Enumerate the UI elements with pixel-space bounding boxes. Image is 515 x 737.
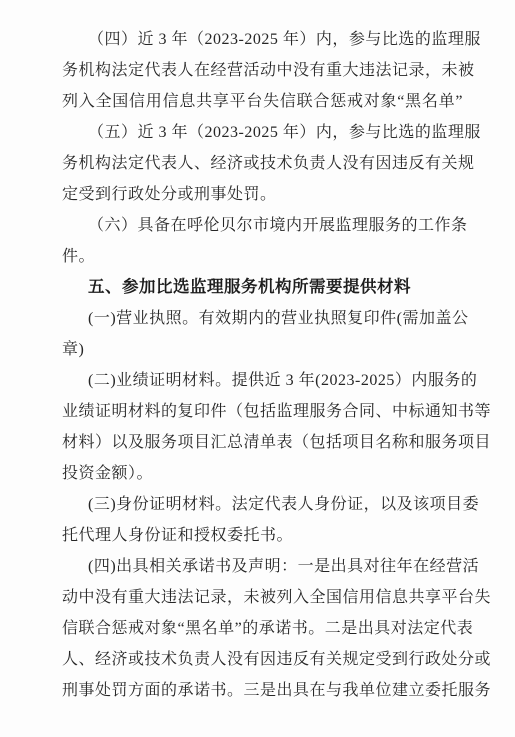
text-line: (二)业绩证明材料。提供近 3 年(2023-2025）内服务的 bbox=[62, 365, 463, 396]
text-line: 件。 bbox=[62, 241, 463, 272]
text-line: （五）近 3 年（2023-2025 年）内，参与比选的监理服 bbox=[62, 117, 463, 148]
text-line: (四)出具相关承诺书及声明：一是出具对往年在经营活 bbox=[62, 551, 463, 582]
text-line: 投资金额）。 bbox=[62, 458, 463, 489]
text-line: （四）近 3 年（2023-2025 年）内，参与比选的监理服 bbox=[62, 24, 463, 55]
text-line: 动中没有重大违法记录，未被列入全国信用信息共享平台失 bbox=[62, 582, 463, 613]
text-line: 务机构法定代表人在经营活动中没有重大违法记录，未被 bbox=[62, 55, 463, 86]
paragraph-clause-4: （四）近 3 年（2023-2025 年）内，参与比选的监理服 务机构法定代表人… bbox=[62, 24, 463, 117]
text-line: 托代理人身份证和授权委托书。 bbox=[62, 520, 463, 551]
text-line: (一)营业执照。有效期内的营业执照复印件(需加盖公 bbox=[62, 303, 463, 334]
text-line: 章) bbox=[62, 334, 463, 365]
paragraph-material-4: (四)出具相关承诺书及声明：一是出具对往年在经营活 动中没有重大违法记录，未被列… bbox=[62, 551, 463, 706]
document-page: （四）近 3 年（2023-2025 年）内，参与比选的监理服 务机构法定代表人… bbox=[0, 0, 515, 737]
document-text-block: （四）近 3 年（2023-2025 年）内，参与比选的监理服 务机构法定代表人… bbox=[62, 24, 463, 706]
paragraph-material-1: (一)营业执照。有效期内的营业执照复印件(需加盖公 章) bbox=[62, 303, 463, 365]
section-heading-text: 五、参加比选监理服务机构所需要提供材料 bbox=[62, 272, 463, 303]
text-line: 列入全国信用信息共享平台失信联合惩戒对象“黑名单” bbox=[62, 86, 463, 117]
paragraph-clause-6: （六）具备在呼伦贝尔市境内开展监理服务的工作条 件。 bbox=[62, 210, 463, 272]
text-line: 人、经济或技术负责人没有因违反有关规定受到行政处分或 bbox=[62, 644, 463, 675]
paragraph-material-2: (二)业绩证明材料。提供近 3 年(2023-2025）内服务的 业绩证明材料的… bbox=[62, 365, 463, 489]
text-line: 务机构法定代表人、经济或技术负责人没有因违反有关规 bbox=[62, 148, 463, 179]
text-line: 材料）以及服务项目汇总清单表（包括项目名称和服务项目 bbox=[62, 427, 463, 458]
text-line: 业绩证明材料的复印件（包括监理服务合同、中标通知书等 bbox=[62, 396, 463, 427]
section-5-heading: 五、参加比选监理服务机构所需要提供材料 bbox=[62, 272, 463, 303]
text-line: 刑事处罚方面的承诺书。三是出具在与我单位建立委托服务 bbox=[62, 675, 463, 706]
text-line: 定受到行政处分或刑事处罚。 bbox=[62, 179, 463, 210]
text-line: （六）具备在呼伦贝尔市境内开展监理服务的工作条 bbox=[62, 210, 463, 241]
text-line: 信联合惩戒对象“黑名单”的承诺书。二是出具对法定代表 bbox=[62, 613, 463, 644]
text-line: (三)身份证明材料。法定代表人身份证，以及该项目委 bbox=[62, 489, 463, 520]
paragraph-material-3: (三)身份证明材料。法定代表人身份证，以及该项目委 托代理人身份证和授权委托书。 bbox=[62, 489, 463, 551]
paragraph-clause-5: （五）近 3 年（2023-2025 年）内，参与比选的监理服 务机构法定代表人… bbox=[62, 117, 463, 210]
